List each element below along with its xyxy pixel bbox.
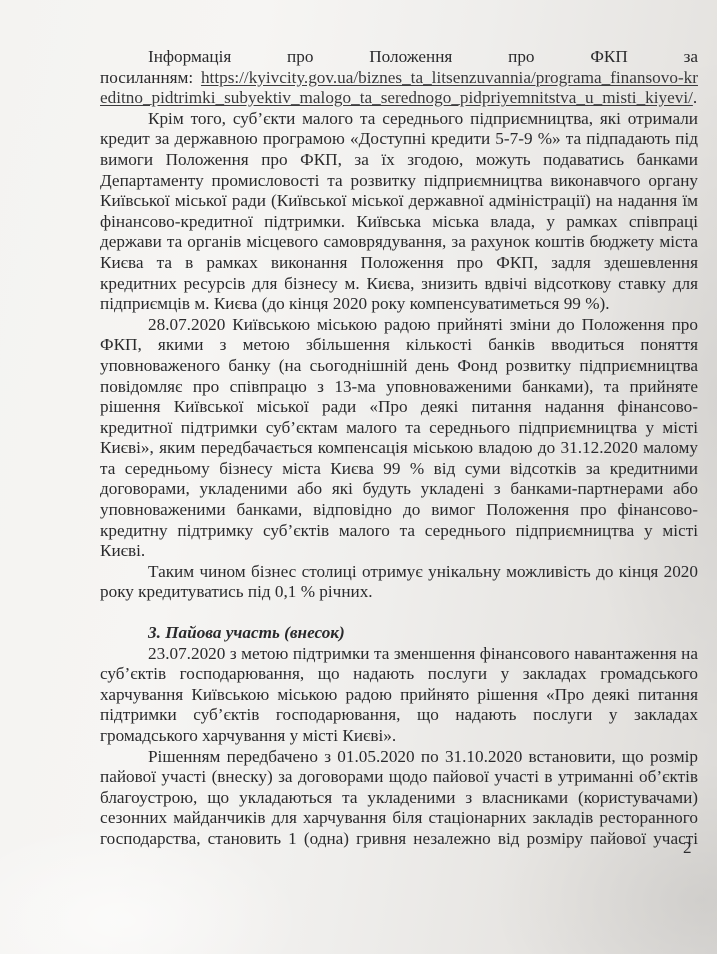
paragraph-besides: Крім того, суб’єкти малого та середнього… [100, 109, 698, 315]
paragraph-decision-23-07: 23.07.2020 з метою підтримки та зменшенн… [100, 644, 698, 747]
paragraph-decision-provides: Рішенням передбачено з 01.05.2020 по 31.… [100, 747, 698, 850]
page-number: 2 [683, 838, 692, 858]
paragraph-thus: Таким чином бізнес столиці отримує уніка… [100, 562, 698, 603]
fkp-info-tail: . [693, 88, 697, 107]
document-page: Інформація про Положення про ФКП за поси… [100, 47, 698, 850]
paragraph-fkp-info: Інформація про Положення про ФКП за поси… [100, 47, 698, 109]
paragraph-changes-28-07: 28.07.2020 Київською міською радою прийн… [100, 315, 698, 562]
section-3-heading: 3. Пайова участь (внесок) [100, 623, 698, 644]
